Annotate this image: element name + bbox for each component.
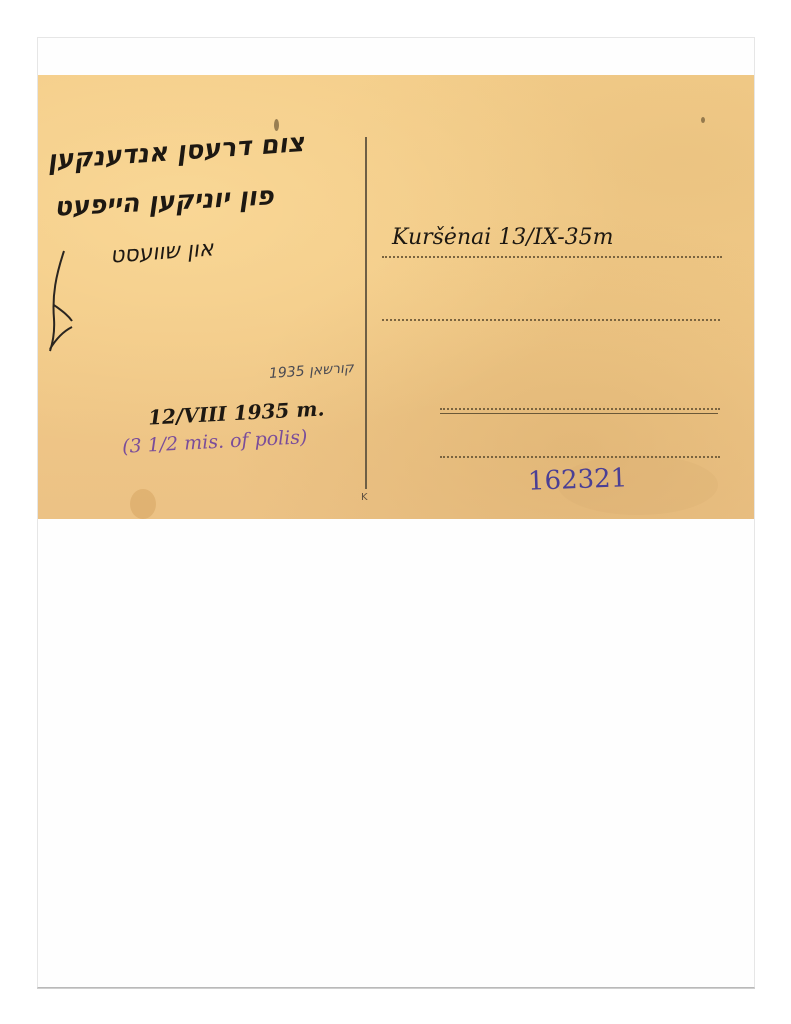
divider-mark: K — [361, 492, 368, 503]
address-dotted-line-1 — [382, 256, 722, 258]
address-dotted-line-2 — [382, 319, 720, 321]
dedication-line-1: צום דרעסן אנדענקען — [46, 128, 305, 176]
postcard-scan: צום דרעסן אנדענקען פון יוניקען הייפעט או… — [38, 75, 754, 519]
place-line: קורשאן 1935 — [269, 360, 355, 382]
address-underline — [440, 413, 718, 414]
address-dotted-line-3 — [440, 408, 720, 410]
date-line: 12/VIII 1935 m. — [147, 396, 324, 429]
dedication-line-2: פון יוניקען הייפעט — [54, 181, 275, 222]
address-dotted-line-4 — [440, 456, 720, 458]
address-line-1: Kuršėnai 13/IX-35m — [392, 225, 614, 250]
note-line: (3 1/2 mis. of polis) — [122, 426, 308, 458]
center-divider — [365, 137, 367, 489]
ink-spot — [701, 117, 705, 123]
signature-scribble — [42, 245, 82, 355]
reference-number: 162321 — [528, 463, 628, 496]
dedication-line-3: און שוועסט — [110, 236, 215, 268]
water-stain — [130, 489, 156, 519]
